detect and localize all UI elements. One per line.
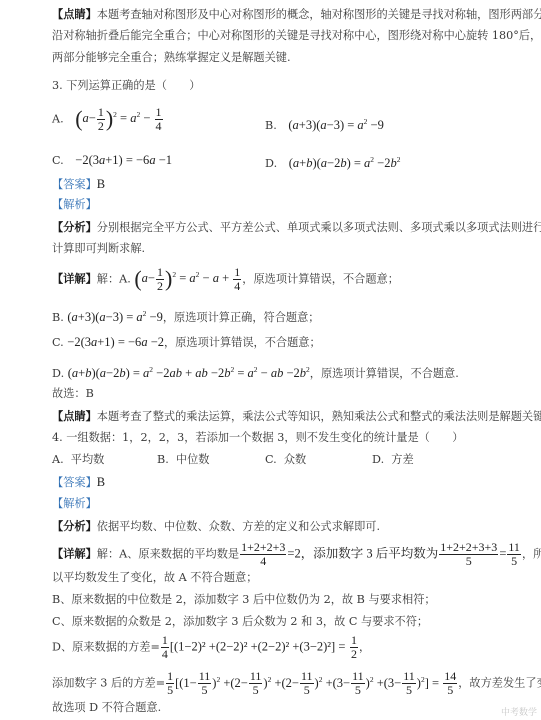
- prev-dianjing-line2: 沿对称轴折叠后能完全重合；中心对称图形的关键是寻找对称中心，图形绕对称中心旋转 …: [52, 28, 541, 44]
- prev-dianjing-line1: 【点睛】本题考查轴对称图形及中心对称图形的概念，轴对称图形的关键是寻找对称轴，图…: [52, 6, 541, 23]
- q4-analysis-tag: 【解析】: [52, 496, 97, 512]
- prev-dianjing-line3: 两部分能够完全重合；熟练掌握定义是解题关键.: [52, 50, 291, 66]
- watermark: 中考数学: [501, 705, 537, 718]
- q3-conclusion: 故选：B: [52, 386, 94, 402]
- q3-stem: 3. 下列运算正确的是（ ）: [52, 78, 200, 94]
- q3-option-c: C. −2(3a+1) = −6a −1: [52, 152, 172, 169]
- q3-detail-c: C. −2(3a+1) = −6a −2，原选项计算错误，不合题意；: [52, 334, 321, 351]
- q4-option-d: D. 方差: [372, 452, 414, 468]
- q3-option-b: B. (a+3)(a−3) = a2 −9: [265, 114, 384, 134]
- q3-dianjing: 【点睛】本题考查了整式的乘法运算，乘法公式等知识，熟知乘法公式和整式的乘法法则是…: [52, 408, 541, 425]
- q3-detail-d: D. (a+b)(a−2b) = a2 −2ab + ab −2b2 = a2 …: [52, 362, 459, 382]
- q4-detail-a-line2: 以平均数发生了变化，故 A 不符合题意；: [52, 570, 257, 586]
- q4-fenxi: 【分析】依据平均数、中位数、众数、方差的定义和公式求解即可.: [52, 518, 380, 535]
- q4-detail-b: B、原来数据的中位数是 2，添加数字 3 后中位数仍为 2，故 B 与要求相符；: [52, 592, 436, 608]
- q4-option-a: A. 平均数: [52, 452, 104, 468]
- q3-fenxi-line1: 【分析】分别根据完全平方公式、平方差公式、单项式乘以多项式法则、多项式乘以多项式…: [52, 219, 541, 236]
- q3-answer: 【答案】B: [52, 176, 105, 193]
- q3-option-d: D. (a+b)(a−2b) = a2 −2b2: [265, 152, 400, 172]
- q4-answer: 【答案】B: [52, 474, 105, 491]
- q3-option-a: A. (a−12)2 = a2 − 14: [52, 106, 164, 133]
- q4-detail-c: C、原来数据的众数是 2，添加数字 3 后众数为 2 和 3，故 C 与要求不符…: [52, 614, 428, 630]
- q4-option-b: B. 中位数: [157, 452, 209, 468]
- q4-stem: 4. 一组数据：1，2，2，3，若添加一个数据 3，则不发生变化的统计量是（ ）: [52, 430, 463, 446]
- q3-fenxi-line2: 计算即可判断求解.: [52, 241, 145, 257]
- q4-detail-d-conclusion: 故选项 D 不符合题意.: [52, 700, 161, 716]
- q4-detail-d2: 添加数字 3 后的方差=15[(1−115)2 +(2−115)2 +(2−11…: [52, 670, 541, 697]
- q4-detail-d: D、原来数据的方差=14[(1−2)² +(2−2)² +(2−2)² +(3−…: [52, 634, 370, 661]
- q3-detail-b: B. (a+3)(a−3) = a2 −9，原选项计算正确，符合题意；: [52, 306, 319, 326]
- q4-option-c: C. 众数: [265, 452, 306, 468]
- dianjing-tag: 【点睛】: [52, 7, 97, 21]
- q4-detail-a: 【详解】解：A、原来数据的平均数是1+2+2+34=2，添加数字 3 后平均数为…: [52, 541, 541, 568]
- q3-detail-a: 【详解】解：A. (a−12)2 = a2 − a + 14，原选项计算错误，不…: [52, 266, 399, 293]
- q3-analysis-tag: 【解析】: [52, 197, 97, 213]
